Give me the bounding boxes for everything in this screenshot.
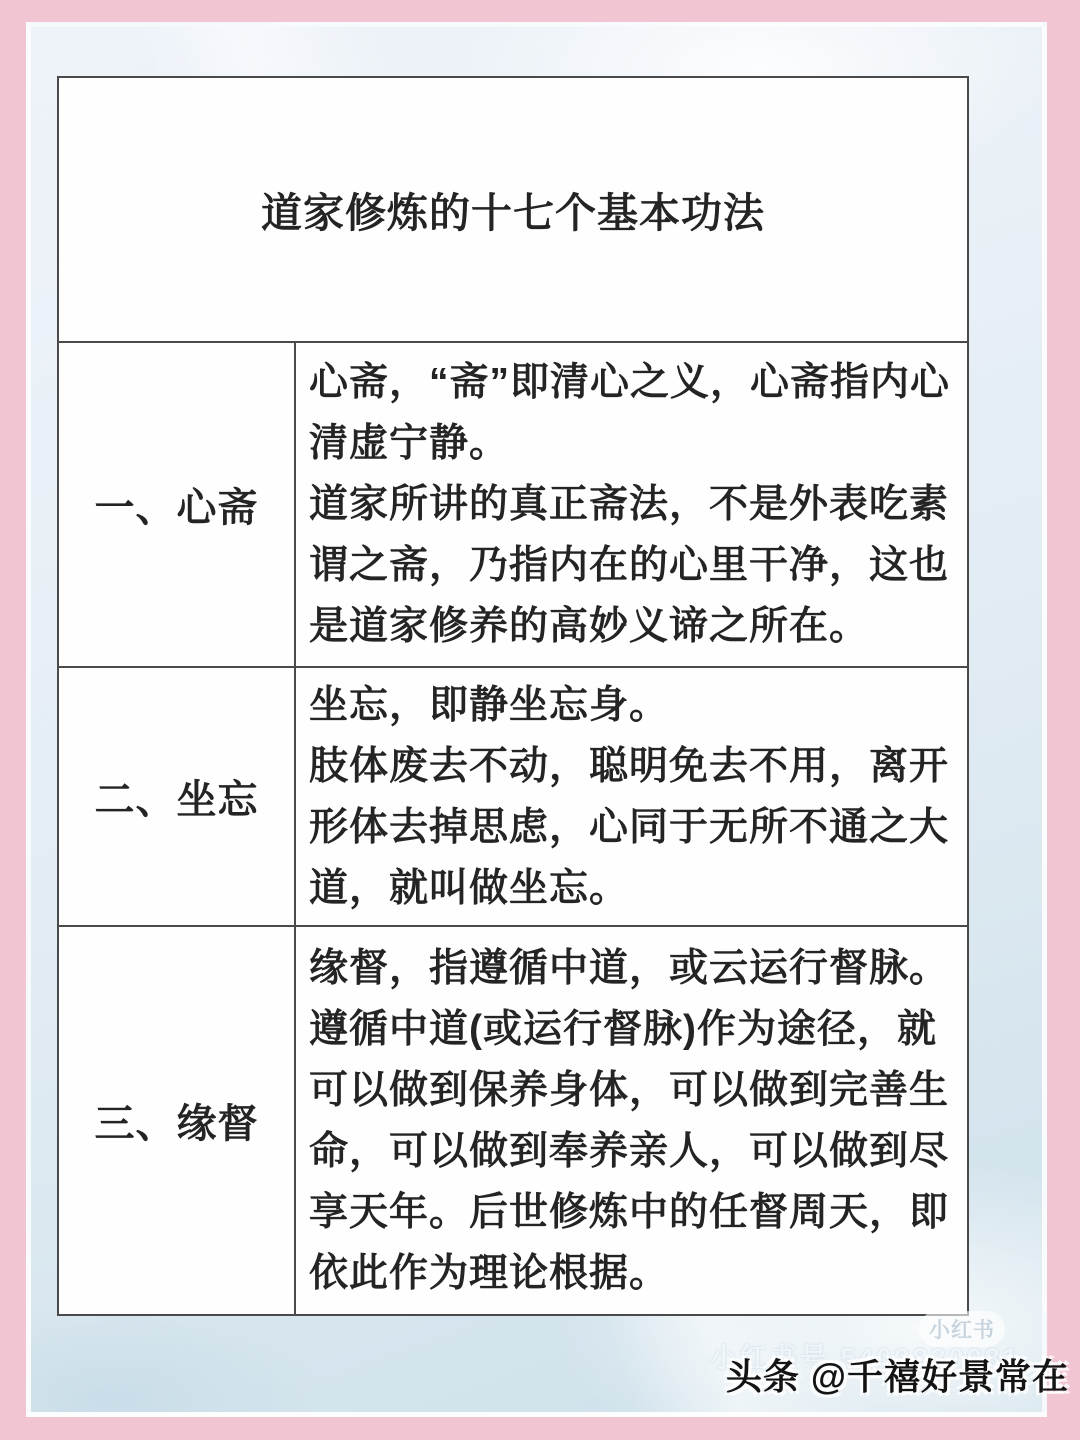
row-text-zuowang: 坐忘，即静坐忘身。 肢体废去不动，聪明免去不用，离开形体去掉思虑，心同于无所不通…	[296, 668, 967, 925]
paragraph: 肢体废去不动，聪明免去不用，离开形体去掉思虑，心同于无所不通之大道，就叫做坐忘。	[309, 736, 957, 919]
paragraph: 遵循中道(或运行督脉)作为途径，就可以做到保养身体，可以做到完善生命，可以做到奉…	[309, 999, 957, 1304]
row-text-xinzhai: 心斋，“斋”即清心之义，心斋指内心清虚宁静。 道家所讲的真正斋法，不是外表吃素谓…	[296, 343, 967, 666]
table-row: 二、坐忘 坐忘，即静坐忘身。 肢体废去不动，聪明免去不用，离开形体去掉思虑，心同…	[59, 666, 967, 925]
row-label-xinzhai: 一、心斋	[59, 343, 296, 666]
row-label-zuowang: 二、坐忘	[59, 668, 296, 925]
table-title-row: 道家修炼的十七个基本功法	[59, 78, 967, 341]
paragraph: 道家所讲的真正斋法，不是外表吃素谓之斋，乃指内在的心里干净，这也是道家修养的高妙…	[309, 474, 957, 657]
paragraph: 坐忘，即静坐忘身。	[309, 675, 957, 736]
row-text-yuandu: 缘督，指遵循中道，或云运行督脉。 遵循中道(或运行督脉)作为途径，就可以做到保养…	[296, 927, 967, 1314]
table-row: 一、心斋 心斋，“斋”即清心之义，心斋指内心清虚宁静。 道家所讲的真正斋法，不是…	[59, 341, 967, 666]
toutiao-author-watermark: 头条 @千禧好景常在	[726, 1349, 1069, 1400]
paragraph: 心斋，“斋”即清心之义，心斋指内心清虚宁静。	[309, 352, 957, 474]
row-label-yuandu: 三、缘督	[59, 927, 296, 1314]
page: { "table": { "title": "道家修炼的十七个基本功法", "r…	[0, 0, 1080, 1440]
page-title: 道家修炼的十七个基本功法	[261, 180, 765, 239]
methods-table: 道家修炼的十七个基本功法 一、心斋 心斋，“斋”即清心之义，心斋指内心清虚宁静。…	[57, 76, 969, 1316]
table-row: 三、缘督 缘督，指遵循中道，或云运行督脉。 遵循中道(或运行督脉)作为途径，就可…	[59, 925, 967, 1314]
paragraph: 缘督，指遵循中道，或云运行督脉。	[309, 938, 957, 999]
